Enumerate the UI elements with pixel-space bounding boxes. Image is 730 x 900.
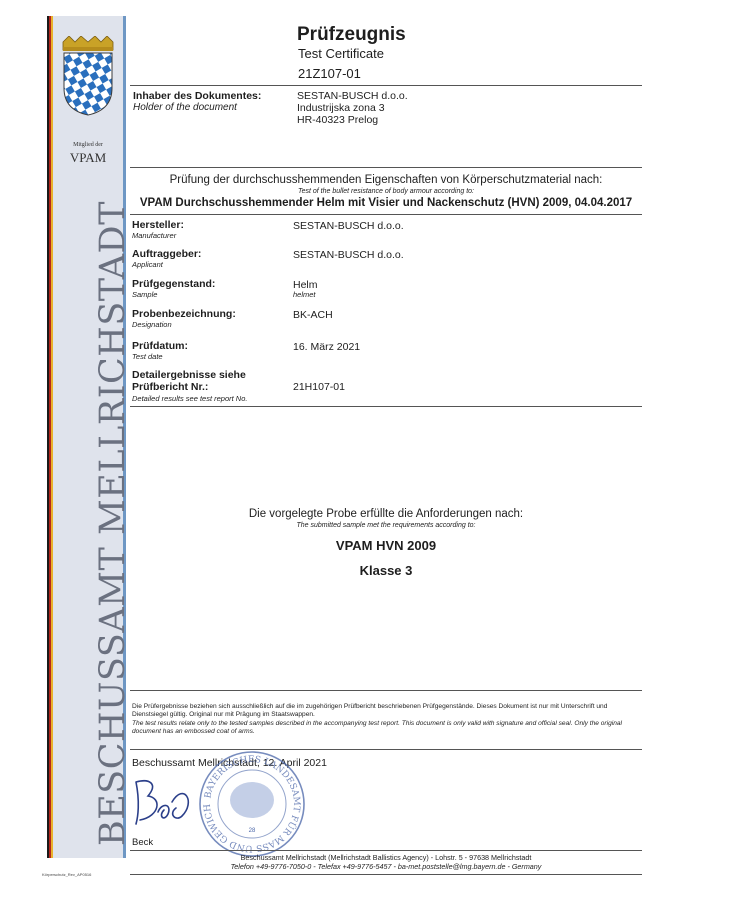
certificate-number: 21Z107-01 bbox=[298, 66, 361, 81]
divider bbox=[130, 850, 642, 851]
field-designation-label: Probenbezeichnung: bbox=[132, 308, 236, 320]
field-manufacturer-label: Hersteller: bbox=[132, 219, 184, 231]
member-label: Mitglied der bbox=[53, 142, 123, 148]
disclaimer: Die Prüfergebnisse beziehen sich ausschl… bbox=[132, 703, 642, 737]
divider bbox=[130, 874, 642, 875]
divider bbox=[130, 214, 642, 215]
report-number: 21H107-01 bbox=[293, 381, 345, 393]
field-applicant-value: SESTAN-BUSCH d.o.o. bbox=[293, 249, 404, 261]
holder-label-en: Holder of the document bbox=[133, 102, 237, 113]
field-sample-value-en: helmet bbox=[293, 290, 316, 299]
divider bbox=[130, 167, 642, 168]
report-label-2: Prüfbericht Nr.: bbox=[132, 381, 208, 393]
field-applicant-label-en: Applicant bbox=[132, 260, 163, 269]
field-sample-label-en: Sample bbox=[132, 290, 157, 299]
footer-contact: Telefon +49-9776-7050-0 - Telefax +49-97… bbox=[130, 862, 642, 871]
result-class: Klasse 3 bbox=[130, 563, 642, 578]
svg-text:28: 28 bbox=[249, 828, 256, 834]
divider bbox=[130, 690, 642, 691]
side-banner: Mitglied der VPAM BESCHUSSAMT MELLRICHST… bbox=[47, 16, 126, 858]
disclaimer-de: Die Prüfergebnisse beziehen sich ausschl… bbox=[132, 703, 642, 720]
test-intro: Prüfung der durchschusshemmenden Eigensc… bbox=[130, 174, 642, 186]
holder-name: SESTAN-BUSCH d.o.o. bbox=[297, 90, 408, 102]
result-intro-en: The submitted sample met the requirement… bbox=[130, 522, 642, 529]
member-org: VPAM bbox=[53, 150, 123, 166]
result-standard: VPAM HVN 2009 bbox=[130, 538, 642, 553]
field-manufacturer-value: SESTAN-BUSCH d.o.o. bbox=[293, 220, 404, 232]
holder-label: Inhaber des Dokumentes: bbox=[133, 90, 261, 102]
result-intro: Die vorgelegte Probe erfüllte die Anford… bbox=[130, 508, 642, 520]
page-title: Prüfzeugnis bbox=[297, 24, 406, 46]
report-label-1: Detailergebnisse siehe bbox=[132, 369, 246, 381]
bavarian-coat-of-arms-icon bbox=[59, 36, 117, 116]
divider bbox=[130, 406, 642, 407]
divider bbox=[130, 85, 642, 86]
field-applicant-label: Auftraggeber: bbox=[132, 248, 201, 260]
disclaimer-en: The test results relate only to the test… bbox=[132, 720, 622, 735]
page-subtitle: Test Certificate bbox=[298, 46, 384, 61]
field-test-date-value: 16. März 2021 bbox=[293, 341, 360, 353]
field-manufacturer-label-en: Manufacturer bbox=[132, 231, 176, 240]
report-label-en: Detailed results see test report No. bbox=[132, 394, 247, 403]
holder-street: Industrijska zona 3 bbox=[297, 102, 385, 114]
test-standard: VPAM Durchschusshemmender Helm mit Visie… bbox=[130, 197, 642, 209]
holder-city: HR-40323 Prelog bbox=[297, 114, 378, 126]
field-test-date-label-en: Test date bbox=[132, 352, 163, 361]
field-sample-label: Prüfgegenstand: bbox=[132, 278, 215, 290]
field-designation-label-en: Designation bbox=[132, 320, 172, 329]
test-intro-en: Test of the bullet resistance of body ar… bbox=[130, 188, 642, 195]
footer-address: Beschussamt Mellrichstadt (Mellrichstadt… bbox=[130, 853, 642, 862]
signature-icon bbox=[128, 772, 198, 830]
signer-name: Beck bbox=[132, 837, 153, 848]
field-test-date-label: Prüfdatum: bbox=[132, 340, 188, 352]
vertical-agency-title: BESCHUSSAMT MELLRICHSTADT bbox=[93, 166, 133, 846]
form-code: Körperschutz_Rev_AP0516 bbox=[42, 872, 91, 877]
field-designation-value: BK-ACH bbox=[293, 309, 333, 321]
official-seal-icon: BAYERISCHES LANDESAMT FÜR MASS UND GEWIC… bbox=[196, 748, 308, 860]
